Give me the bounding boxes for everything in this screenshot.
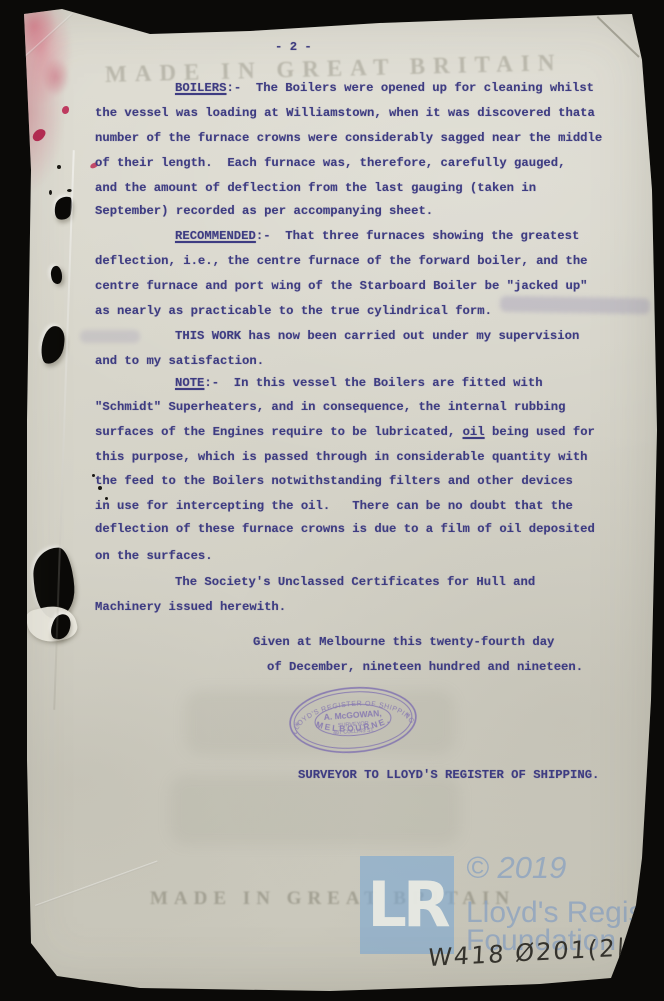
scan-background: MADE IN GREAT BRITAIN MADE IN GREAT BRIT… xyxy=(0,0,664,1001)
typed-line: September) recorded as per accompanying … xyxy=(95,204,433,218)
page-number: - 2 - xyxy=(275,40,312,54)
typed-line: surfaces of the Engines require to be lu… xyxy=(95,425,595,439)
typed-line: RECOMMENDED:- That three furnaces showin… xyxy=(175,229,579,243)
star-ornament-icon: ✳ xyxy=(294,721,301,729)
paper-hole xyxy=(40,325,66,365)
typed-line: Given at Melbourne this twenty-fourth da… xyxy=(253,635,554,649)
red-ink-speck xyxy=(24,150,29,156)
typed-line: Machinery issued herewith. xyxy=(95,600,286,614)
typed-line: The Society's Unclassed Certificates for… xyxy=(175,575,535,589)
typed-line: THIS WORK has now been carried out under… xyxy=(175,329,579,343)
star-ornament-icon: ✳ xyxy=(405,711,412,719)
typed-line: deflection of these furnace crowns is du… xyxy=(95,522,595,536)
pinhole xyxy=(49,190,52,195)
ghost-text-bottom: MADE IN GREAT BRITAIN xyxy=(150,888,515,910)
typed-line: the vessel was loading at Williamstown, … xyxy=(95,106,595,120)
handwritten-reference: W418 Ø201(2|2) xyxy=(427,932,655,972)
typed-line: and to my satisfaction. xyxy=(95,354,264,368)
typed-line: deflection, i.e., the centre furnace of … xyxy=(95,254,588,268)
typed-line: on the surfaces. xyxy=(95,549,213,563)
ink-offset-smudge xyxy=(500,296,650,315)
typed-line: the feed to the Boilers notwithstanding … xyxy=(95,474,573,488)
typed-line: of December, nineteen hundred and ninete… xyxy=(267,660,583,674)
signature-line: SURVEYOR TO LLOYD'S REGISTER OF SHIPPING… xyxy=(298,768,599,782)
ghost-impression xyxy=(170,775,460,845)
typed-line: BOILERS:- The Boilers were opened up for… xyxy=(175,81,594,95)
lr-logo-letters: LR xyxy=(367,874,446,936)
pinhole xyxy=(57,165,61,169)
surveyor-stamp: LLOYD'S REGISTER OF SHIPPING MELBOURNE. … xyxy=(284,680,423,759)
ink-offset-smudge xyxy=(80,330,140,343)
paper-hole xyxy=(49,265,64,285)
paper: MADE IN GREAT BRITAIN MADE IN GREAT BRIT… xyxy=(0,0,664,1001)
typed-line: in use for intercepting the oil. There c… xyxy=(95,499,573,513)
typed-line: NOTE:- In this vessel the Boilers are fi… xyxy=(175,376,543,390)
watermark-copyright: © 2019 xyxy=(466,850,566,886)
paper-crease xyxy=(35,861,158,907)
typed-line: this purpose, which is passed through in… xyxy=(95,450,588,464)
typed-line: number of the furnace crowns were consid… xyxy=(95,131,602,145)
typed-line: centre furnace and port wing of the Star… xyxy=(95,279,588,293)
typed-line: of their length. Each furnace was, there… xyxy=(95,156,565,170)
typed-line: as nearly as practicable to the true cyl… xyxy=(95,304,492,318)
corner-fold-crease xyxy=(597,16,640,57)
typed-line: and the amount of deflection from the la… xyxy=(95,181,536,195)
typed-line: "Schmidt" Superheaters, and in consequen… xyxy=(95,400,565,414)
lloyds-register-logo: LR xyxy=(360,856,454,954)
